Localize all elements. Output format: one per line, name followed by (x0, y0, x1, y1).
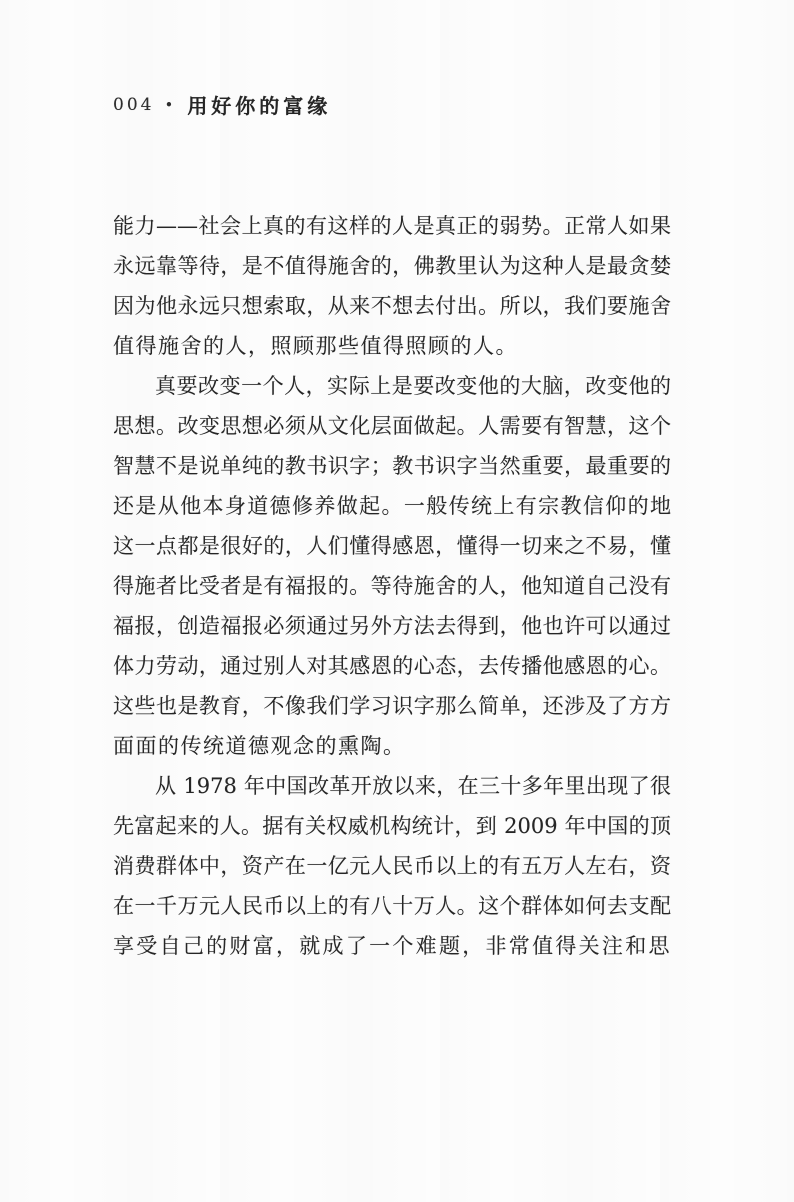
text-line: 福报，创造福报必须通过另外方法去得到，他也许可以通过 (113, 606, 671, 646)
text-line: 这一点都是很好的，人们懂得感恩，懂得一切来之不易，懂 (113, 526, 671, 566)
paragraph-2: 真要改变一个人，实际上是要改变他的大脑，改变他的 思想。改变思想必须从文化层面做… (113, 366, 671, 766)
page-header: 004 • 用好你的富缘 (113, 90, 331, 119)
text-line: 从 1978 年中国改革开放以来，在三十多年里出现了很多 (113, 766, 671, 806)
text-line: 消费群体中，资产在一亿元人民币以上的有五万人左右，资产 (113, 846, 671, 886)
text-line: 思想。改变思想必须从文化层面做起。人需要有智慧，这个 (113, 406, 671, 446)
body-text: 能力——社会上真的有这样的人是真正的弱势。正常人如果他 永远靠等待，是不值得施舍… (113, 206, 671, 966)
paragraph-1: 能力——社会上真的有这样的人是真正的弱势。正常人如果他 永远靠等待，是不值得施舍… (113, 206, 671, 366)
text-line: 在一千万元人民币以上的有八十万人。这个群体如何去支配和 (113, 886, 671, 926)
text-line: 得施者比受者是有福报的。等待施舍的人，他知道自己没有 (113, 566, 671, 606)
text-line: 永远靠等待，是不值得施舍的，佛教里认为这种人是最贪婪的， (113, 246, 671, 286)
text-line: 面面的传统道德观念的熏陶。 (113, 726, 671, 766)
text-line: 享受自己的财富，就成了一个难题，非常值得关注和思考。 (113, 926, 671, 966)
text-line: 能力——社会上真的有这样的人是真正的弱势。正常人如果他 (113, 206, 671, 246)
text-line: 先富起来的人。据有关权威机构统计，到 2009 年中国的顶尖 (113, 806, 671, 846)
book-title: 用好你的富缘 (187, 90, 331, 119)
paragraph-3: 从 1978 年中国改革开放以来，在三十多年里出现了很多 先富起来的人。据有关权… (113, 766, 671, 966)
text-line: 还是从他本身道德修养做起。一般传统上有宗教信仰的地方， (113, 486, 671, 526)
text-line: 因为他永远只想索取，从来不想去付出。所以，我们要施舍给 (113, 286, 671, 326)
bullet-separator-icon: • (164, 96, 173, 114)
page-number: 004 (113, 95, 154, 115)
text-line: 智慧不是说单纯的教书识字；教书识字当然重要，最重要的 (113, 446, 671, 486)
text-line: 值得施舍的人，照顾那些值得照顾的人。 (113, 326, 671, 366)
text-line: 真要改变一个人，实际上是要改变他的大脑，改变他的 (113, 366, 671, 406)
text-line: 体力劳动，通过别人对其感恩的心态，去传播他感恩的心。 (113, 646, 671, 686)
text-line: 这些也是教育，不像我们学习识字那么简单，还涉及了方方 (113, 686, 671, 726)
